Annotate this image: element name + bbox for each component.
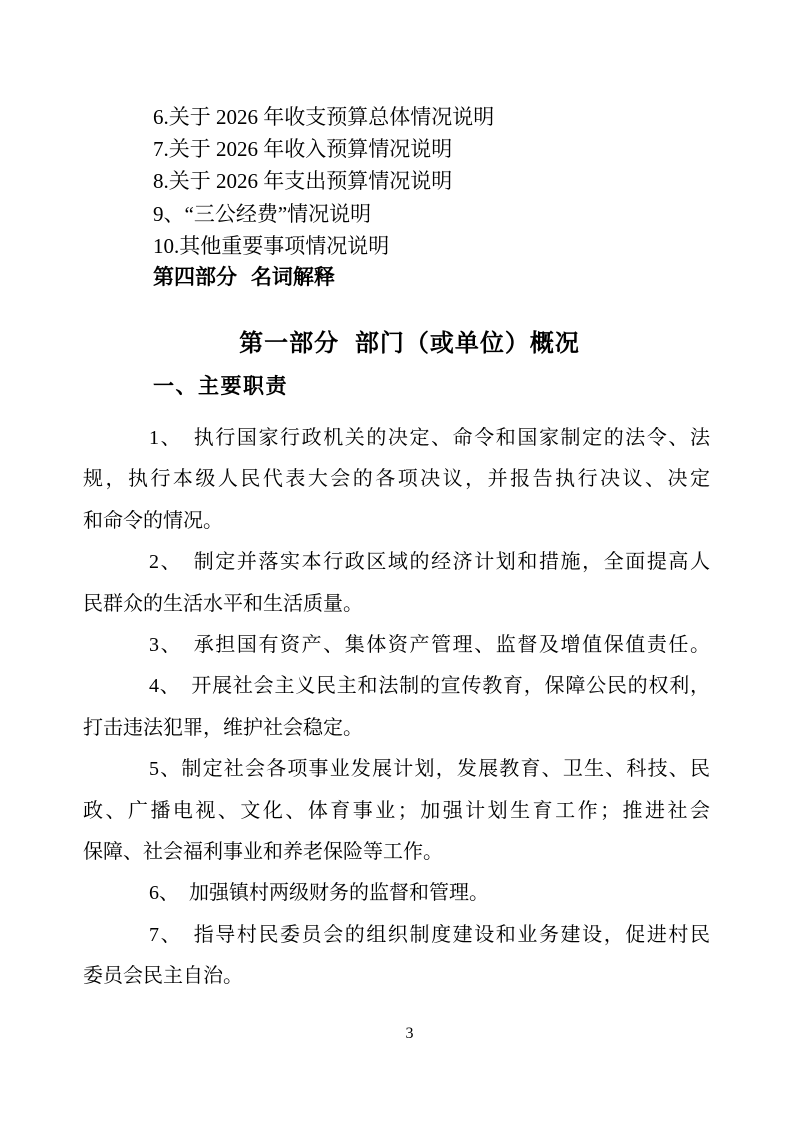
paragraph-line: 3、 承担国有资产、集体资产管理、监督及增值保值责任。	[83, 625, 710, 666]
paragraph-line: 1、 执行国家行政机关的决定、命令和国家制定的法令、法	[83, 418, 710, 459]
paragraph-line: 5、制定社会各项事业发展计划，发展教育、卫生、科技、民	[83, 749, 710, 790]
paragraph-line: 2、 制定并落实本行政区域的经济计划和措施，全面提高人	[83, 542, 710, 583]
paragraph: 1、 执行国家行政机关的决定、命令和国家制定的法令、法 规，执行本级人民代表大会…	[83, 418, 710, 542]
paragraph-line: 和命令的情况。	[83, 501, 710, 542]
section-title: 第一部分 部门（或单位）概况	[83, 326, 710, 362]
paragraph-line: 委员会民主自治。	[83, 956, 710, 997]
page-number: 3	[83, 1024, 710, 1044]
toc-item: 10.其他重要事项情况说明	[153, 230, 494, 262]
subsection-heading: 一、主要职责	[153, 372, 288, 402]
paragraph-line: 政、广播电视、文化、体育事业；加强计划生育工作；推进社会	[83, 791, 710, 832]
toc-item: 7.关于 2026 年收入预算情况说明	[153, 133, 494, 165]
toc-item: 9、“三公经费”情况说明	[153, 198, 494, 230]
paragraph: 7、 指导村民委员会的组织制度建设和业务建设，促进村民 委员会民主自治。	[83, 915, 710, 998]
paragraph: 5、制定社会各项事业发展计划，发展教育、卫生、科技、民 政、广播电视、文化、体育…	[83, 749, 710, 873]
toc-part4-heading: 第四部分 名词解释	[153, 262, 494, 294]
paragraph: 4、 开展社会主义民主和法制的宣传教育，保障公民的权利， 打击违法犯罪，维护社会…	[83, 666, 710, 749]
paragraph: 3、 承担国有资产、集体资产管理、监督及增值保值责任。	[83, 625, 710, 666]
body-text: 1、 执行国家行政机关的决定、命令和国家制定的法令、法 规，执行本级人民代表大会…	[83, 418, 710, 998]
paragraph-line: 打击违法犯罪，维护社会稳定。	[83, 708, 710, 749]
document-page: 6.关于 2026 年收支预算总体情况说明 7.关于 2026 年收入预算情况说…	[0, 0, 793, 1122]
paragraph-line: 4、 开展社会主义民主和法制的宣传教育，保障公民的权利，	[83, 666, 710, 707]
paragraph-line: 规，执行本级人民代表大会的各项决议，并报告执行决议、决定	[83, 459, 710, 500]
table-of-contents: 6.关于 2026 年收支预算总体情况说明 7.关于 2026 年收入预算情况说…	[153, 101, 494, 294]
paragraph: 2、 制定并落实本行政区域的经济计划和措施，全面提高人 民群众的生活水平和生活质…	[83, 542, 710, 625]
toc-item: 8.关于 2026 年支出预算情况说明	[153, 165, 494, 197]
paragraph-line: 民群众的生活水平和生活质量。	[83, 584, 710, 625]
paragraph: 6、 加强镇村两级财务的监督和管理。	[83, 873, 710, 914]
toc-item: 6.关于 2026 年收支预算总体情况说明	[153, 101, 494, 133]
paragraph-line: 6、 加强镇村两级财务的监督和管理。	[83, 873, 710, 914]
paragraph-line: 保障、社会福利事业和养老保险等工作。	[83, 832, 710, 873]
paragraph-line: 7、 指导村民委员会的组织制度建设和业务建设，促进村民	[83, 915, 710, 956]
